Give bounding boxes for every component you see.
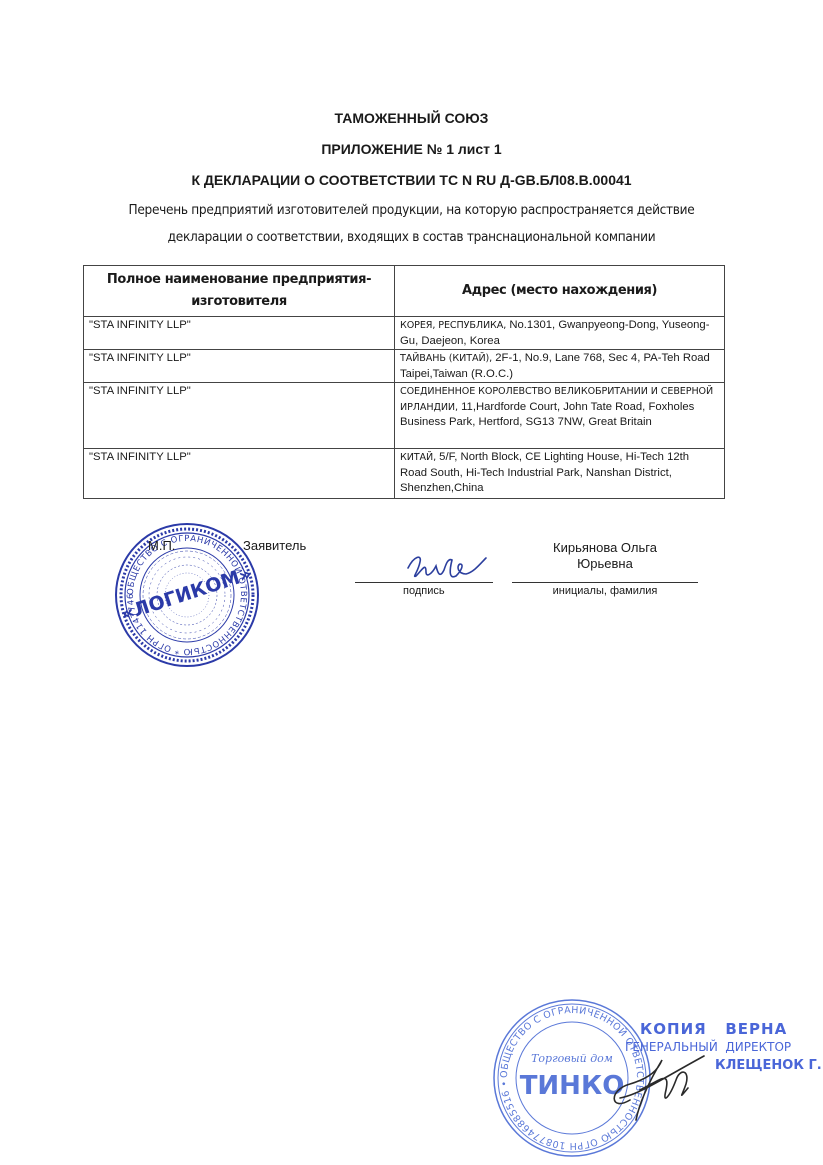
signatory-name-line1: Кирьянова Ольга — [512, 540, 698, 555]
country-label: КИТАЙ, — [400, 452, 436, 463]
column-header-address: Адрес (место нахождения) — [395, 266, 725, 317]
certifier-signature — [600, 1040, 710, 1125]
manufacturer-name: "STA INFINITY LLP" — [84, 317, 395, 350]
copy-certified-line3: КЛЕЩЕНОК Г. С. — [715, 1058, 823, 1073]
name-line — [512, 582, 698, 583]
manufacturer-address: СОЕДИНЕННОЕ КОРОЛЕВСТВО ВЕЛИКОБРИТАНИИ И… — [395, 383, 725, 449]
country-label: КОРЕЯ, РЕСПУБЛИКА, — [400, 320, 506, 331]
manufacturer-name: "STA INFINITY LLP" — [84, 383, 395, 449]
signature-caption: подпись — [403, 585, 445, 597]
applicant-seal-stamp: ОБЩЕСТВО С ОГРАНИЧЕННОЙ ОТВЕТСТВЕННОСТЬЮ… — [112, 520, 262, 670]
manufacturer-address: ТАЙВАНЬ (КИТАЙ), 2F-1, No.9, Lane 768, S… — [395, 350, 725, 383]
table-row: "STA INFINITY LLP" СОЕДИНЕННОЕ КОРОЛЕВСТ… — [84, 383, 725, 449]
declaration-number: К ДЕКЛАРАЦИИ О СООТВЕТСТВИИ ТС N RU Д-GB… — [0, 172, 823, 188]
document-title: ТАМОЖЕННЫЙ СОЮЗ — [0, 110, 823, 126]
appendix-title: ПРИЛОЖЕНИЕ № 1 лист 1 — [0, 141, 823, 157]
table-row: "STA INFINITY LLP" КИТАЙ, 5/F, North Blo… — [84, 449, 725, 499]
signatory-name-line2: Юрьевна — [512, 556, 698, 571]
description-line-2: декларации о соответствии, входящих в со… — [0, 229, 823, 245]
description-line-1: Перечень предприятий изготовителей проду… — [0, 202, 823, 218]
signature-line — [355, 582, 493, 583]
applicant-signature — [400, 550, 490, 585]
manufacturer-name: "STA INFINITY LLP" — [84, 350, 395, 383]
applicant-label: Заявитель — [243, 538, 306, 553]
column-header-name-line1: Полное наименование предприятия- — [84, 269, 394, 291]
manufacturer-name: "STA INFINITY LLP" — [84, 449, 395, 499]
table-row: "STA INFINITY LLP" КОРЕЯ, РЕСПУБЛИКА, No… — [84, 317, 725, 350]
table-header-row: Полное наименование предприятия- изготов… — [84, 266, 725, 317]
manufacturer-address: КИТАЙ, 5/F, North Block, CE Lighting Hou… — [395, 449, 725, 499]
table-row: "STA INFINITY LLP" ТАЙВАНЬ (КИТАЙ), 2F-1… — [84, 350, 725, 383]
country-label: ТАЙВАНЬ (КИТАЙ), — [400, 353, 492, 364]
manufacturer-address: КОРЕЯ, РЕСПУБЛИКА, No.1301, Gwanpyeong-D… — [395, 317, 725, 350]
name-caption: инициалы, фамилия — [512, 585, 698, 597]
column-header-name: Полное наименование предприятия- изготов… — [84, 266, 395, 317]
copy-certified-line1: КОПИЯ ВЕРНА — [640, 1020, 787, 1038]
seal-placeholder-label: М.П. — [148, 538, 175, 553]
address-text: 5/F, North Block, CE Lighting House, Hi-… — [400, 451, 689, 494]
column-header-name-line2: изготовителя — [84, 291, 394, 313]
manufacturers-table: Полное наименование предприятия- изготов… — [83, 265, 725, 499]
